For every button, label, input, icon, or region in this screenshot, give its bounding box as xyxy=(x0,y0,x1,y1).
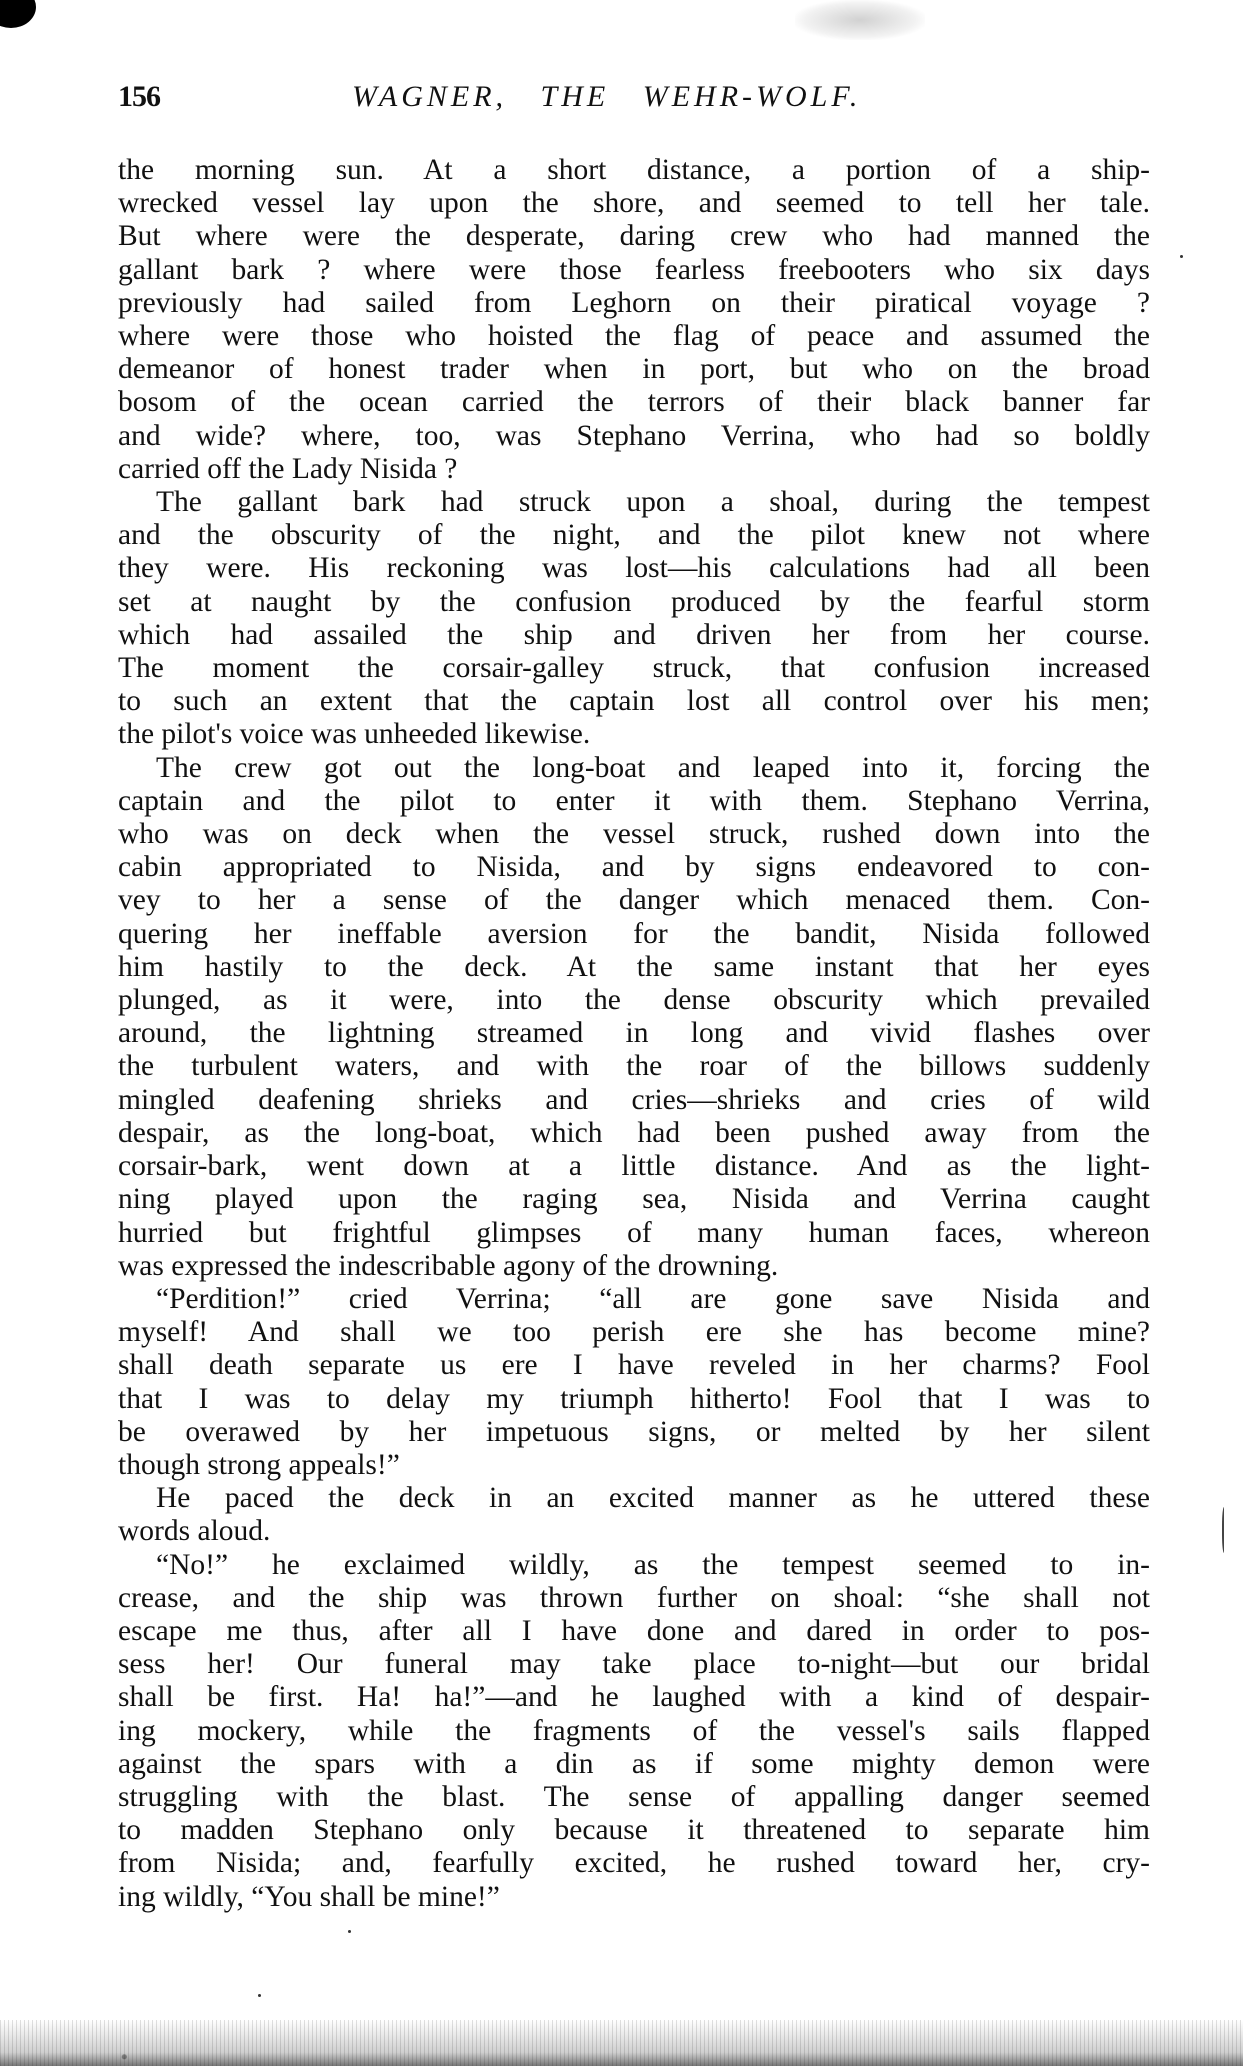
text-line: “No!” he exclaimed wildly, as the tempes… xyxy=(118,1549,1150,1582)
text-line: the turbulent waters, and with the roar … xyxy=(118,1050,1150,1083)
paragraph: He paced the deck in an excited manner a… xyxy=(118,1482,1150,1548)
text-line: set at naught by the confusion produced … xyxy=(118,586,1150,619)
text-line: “Perdition!” cried Verrina; “all are gon… xyxy=(118,1283,1150,1316)
scan-edge-noise xyxy=(0,2020,1243,2066)
text-line: escape me thus, after all I have done an… xyxy=(118,1615,1150,1648)
text-line: around, the lightning streamed in long a… xyxy=(118,1017,1150,1050)
text-line: to madden Stephano only because it threa… xyxy=(118,1814,1150,1847)
text-line: words aloud. xyxy=(118,1515,1150,1548)
text-line: The crew got out the long-boat and leape… xyxy=(118,752,1150,785)
text-line: which had assailed the ship and driven h… xyxy=(118,619,1150,652)
text-line: crease, and the ship was thrown further … xyxy=(118,1582,1150,1615)
ink-blot-decoration xyxy=(0,0,36,28)
margin-mark xyxy=(1222,1507,1227,1553)
text-line: previously had sailed from Leghorn on th… xyxy=(118,287,1150,320)
body-text: the morning sun. At a short distance, a … xyxy=(118,154,1150,1914)
scan-smudge xyxy=(795,0,925,40)
text-line: against the spars with a din as if some … xyxy=(118,1748,1150,1781)
text-line: myself! And shall we too perish ere she … xyxy=(118,1316,1150,1349)
text-line: But where were the desperate, daring cre… xyxy=(118,220,1150,253)
text-line: bosom of the ocean carried the terrors o… xyxy=(118,386,1150,419)
page-header: 156 WAGNER, THE WEHR-WOLF. xyxy=(118,80,1148,126)
text-line: cabin appropriated to Nisida, and by sig… xyxy=(118,851,1150,884)
text-line: was expressed the indescribable agony of… xyxy=(118,1250,1150,1283)
text-line: ing wildly, “You shall be mine!” xyxy=(118,1881,1150,1914)
paragraph: “Perdition!” cried Verrina; “all are gon… xyxy=(118,1283,1150,1482)
text-line: shall death separate us ere I have revel… xyxy=(118,1349,1150,1382)
page-number: 156 xyxy=(118,80,160,114)
text-line: hurried but frightful glimpses of many h… xyxy=(118,1217,1150,1250)
text-line: the morning sun. At a short distance, a … xyxy=(118,154,1150,187)
text-line: who was on deck when the vessel struck, … xyxy=(118,818,1150,851)
text-line: wrecked vessel lay upon the shore, and s… xyxy=(118,187,1150,220)
paragraph: The gallant bark had struck upon a shoal… xyxy=(118,486,1150,752)
text-line: The gallant bark had struck upon a shoal… xyxy=(118,486,1150,519)
paragraph: “No!” he exclaimed wildly, as the tempes… xyxy=(118,1549,1150,1914)
text-line: demeanor of honest trader when in port, … xyxy=(118,353,1150,386)
text-line: gallant bark ? where were those fearless… xyxy=(118,254,1150,287)
text-line: vey to her a sense of the danger which m… xyxy=(118,884,1150,917)
scan-speck xyxy=(1180,255,1183,258)
paragraph: the morning sun. At a short distance, a … xyxy=(118,154,1150,486)
text-line: that I was to delay my triumph hitherto!… xyxy=(118,1383,1150,1416)
text-line: struggling with the blast. The sense of … xyxy=(118,1781,1150,1814)
text-line: shall be first. Ha! ha!”—and he laughed … xyxy=(118,1681,1150,1714)
scan-speck xyxy=(348,1930,351,1933)
text-line: where were those who hoisted the flag of… xyxy=(118,320,1150,353)
book-page: 156 WAGNER, THE WEHR-WOLF. the morning s… xyxy=(0,0,1243,2066)
text-line: and the obscurity of the night, and the … xyxy=(118,519,1150,552)
text-line: mingled deafening shrieks and cries—shri… xyxy=(118,1084,1150,1117)
text-line: carried off the Lady Nisida ? xyxy=(118,453,1150,486)
text-line: him hastily to the deck. At the same ins… xyxy=(118,951,1150,984)
text-line: corsair-bark, went down at a little dist… xyxy=(118,1150,1150,1183)
text-line: captain and the pilot to enter it with t… xyxy=(118,785,1150,818)
scan-speck xyxy=(258,1994,261,1997)
text-line: they were. His reckoning was lost—his ca… xyxy=(118,552,1150,585)
paragraph: The crew got out the long-boat and leape… xyxy=(118,752,1150,1283)
text-line: quering her ineffable aversion for the b… xyxy=(118,918,1150,951)
text-line: the pilot's voice was unheeded likewise. xyxy=(118,718,1150,751)
text-line: The moment the corsair-galley struck, th… xyxy=(118,652,1150,685)
text-line: despair, as the long-boat, which had bee… xyxy=(118,1117,1150,1150)
text-line: and wide? where, too, was Stephano Verri… xyxy=(118,420,1150,453)
text-line: plunged, as it were, into the dense obsc… xyxy=(118,984,1150,1017)
text-line: from Nisida; and, fearfully excited, he … xyxy=(118,1847,1150,1880)
text-line: He paced the deck in an excited manner a… xyxy=(118,1482,1150,1515)
text-line: to such an extent that the captain lost … xyxy=(118,685,1150,718)
text-line: ning played upon the raging sea, Nisida … xyxy=(118,1183,1150,1216)
text-line: though strong appeals!” xyxy=(118,1449,1150,1482)
text-line: be overawed by her impetuous signs, or m… xyxy=(118,1416,1150,1449)
running-title: WAGNER, THE WEHR-WOLF. xyxy=(352,80,861,114)
text-line: ing mockery, while the fragments of the … xyxy=(118,1715,1150,1748)
text-line: sess her! Our funeral may take place to-… xyxy=(118,1648,1150,1681)
